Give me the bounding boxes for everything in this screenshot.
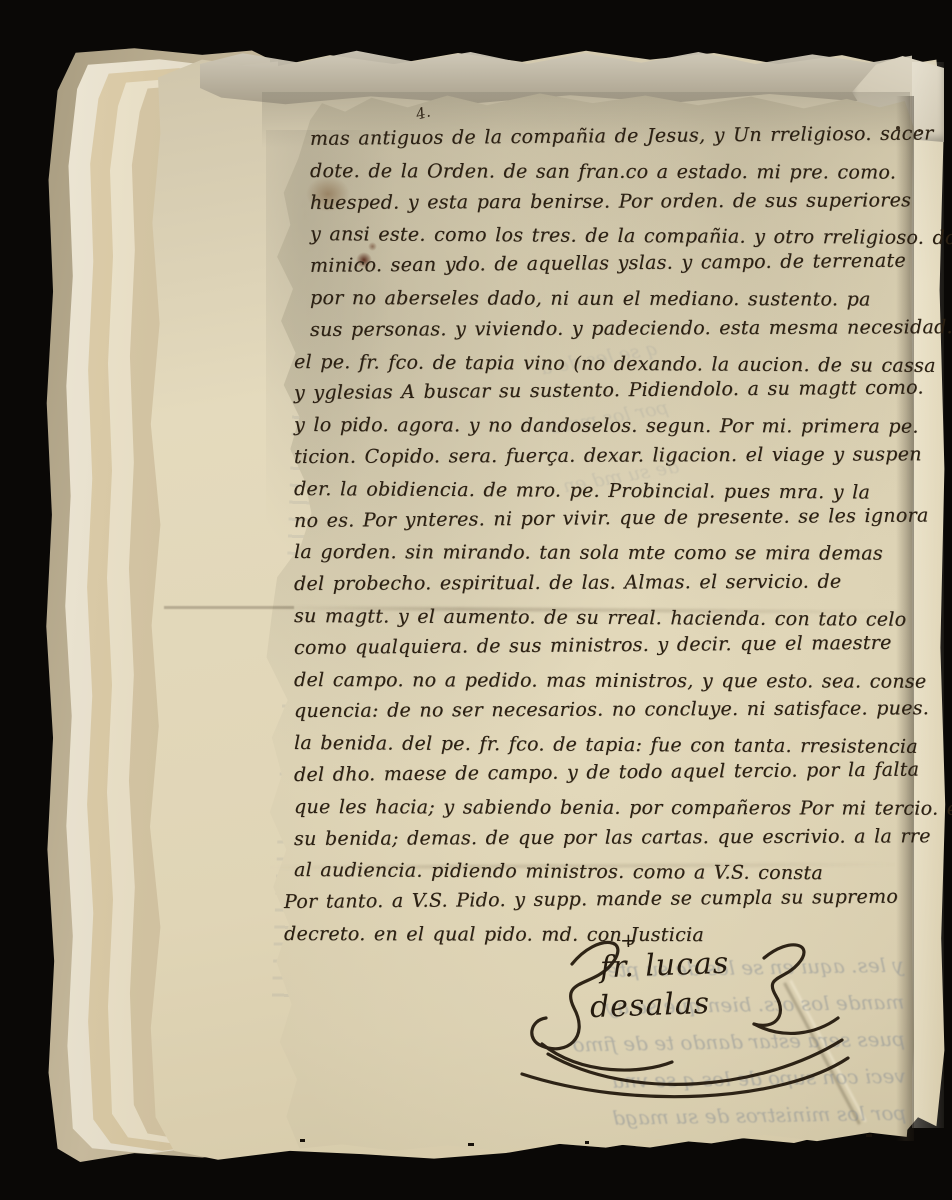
manuscript-line: mas antiguos de la compañia de Jesus, y … xyxy=(294,119,914,156)
manuscript-line: huesped. y esta para benirse. Por orden.… xyxy=(294,185,914,220)
manuscript-line: del dho. maese de campo. y de todo aquel… xyxy=(294,755,914,792)
manuscript-line: minico. sean ydo. de aquellas yslas. y c… xyxy=(294,246,914,283)
manuscript-line: su benida; demas. de que por las cartas.… xyxy=(294,821,914,856)
manuscript-line: ticion. Copido. sera. fuerça. dexar. lig… xyxy=(294,439,914,474)
manuscript-line: del probecho. espiritual. de las. Almas.… xyxy=(294,566,914,601)
manuscript-line: quencia: de no ser necesarios. no conclu… xyxy=(294,694,914,729)
ink-dot xyxy=(896,126,900,130)
manuscript-photo: { "photo": { "background_color": "#0a080… xyxy=(0,0,952,1200)
manuscript-line: no es. Por ynteres. ni por vivir. que de… xyxy=(294,500,914,537)
manuscript-line: y yglesias A buscar su sustento. Pidiend… xyxy=(294,373,914,410)
manuscript-line: sus personas. y viviendo. y padeciendo. … xyxy=(294,312,914,347)
manuscript-line: como qualquiera. de sus ministros. y dec… xyxy=(294,627,914,664)
manuscript-line: que les hacia; y sabiendo benia. por com… xyxy=(294,792,914,825)
manuscript-text-block: mas antiguos de la compañia de Jesus, y … xyxy=(294,124,914,951)
ink-dot xyxy=(918,129,921,132)
manuscript-line: Por tanto. a V.S. Pido. y supp. mande se… xyxy=(284,882,914,919)
manuscript-line: y lo pido. agora. y no dandoselos. segun… xyxy=(294,410,914,443)
edge-speck xyxy=(585,1141,589,1144)
edge-speck xyxy=(300,1139,305,1142)
edge-speck xyxy=(468,1143,474,1146)
edge-speck xyxy=(866,1134,872,1137)
manuscript-line: por no aberseles dado, ni aun el mediano… xyxy=(294,283,914,316)
manuscript-line: dote. de la Orden. de san fran.co a esta… xyxy=(294,156,914,189)
under-page-crease xyxy=(164,606,294,609)
signature-name-line2: desalas xyxy=(589,986,710,1025)
signature-name-line1: fr. lucas xyxy=(599,946,729,985)
